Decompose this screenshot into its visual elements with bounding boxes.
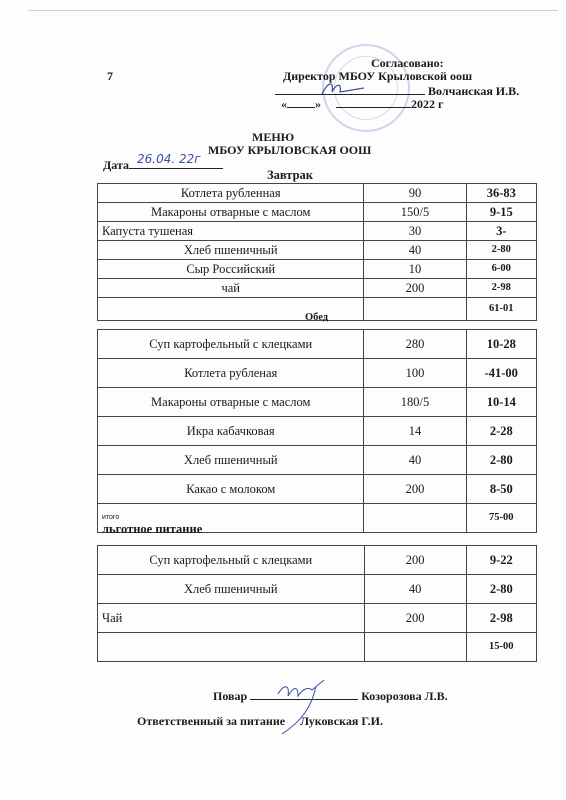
dish-name: Макароны отварные с маслом [98, 203, 364, 222]
portion: 14 [364, 417, 466, 446]
table-row: Какао с молоком2008-50 [98, 475, 537, 504]
table-row: Суп картофельный с клецками28010-28 [98, 330, 537, 359]
school-name: МБОУ КРЫЛОВСКАЯ ООШ [208, 143, 371, 158]
date-close-quote: » [315, 97, 321, 111]
dish-name: Суп картофельный с клецками [98, 546, 365, 575]
price: -41-00 [466, 359, 536, 388]
table-row: Макароны отварные с маслом180/510-14 [98, 388, 537, 417]
dish-name: чай [98, 279, 364, 298]
portion: 10 [364, 260, 466, 279]
approval-date-line: «» 2022 г [281, 96, 443, 112]
table-row: Суп картофельный с клецками2009-22 [98, 546, 537, 575]
table-row: Чай2002-98 [98, 604, 537, 633]
price: 2-98 [466, 279, 536, 298]
dish-name: Хлеб пшеничный [98, 575, 365, 604]
price: 2-80 [466, 575, 536, 604]
section-title-lunch: Обед [305, 312, 328, 323]
dish-name: Чай [98, 604, 365, 633]
price: 6-00 [466, 260, 536, 279]
total-price: 75-00 [466, 504, 536, 533]
price: 2-80 [466, 241, 536, 260]
total-price: 61-01 [466, 298, 536, 321]
discount-table: Суп картофельный с клецками2009-22 Хлеб … [97, 545, 537, 662]
portion: 180/5 [364, 388, 466, 417]
dish-name: Хлеб пшеничный [98, 241, 364, 260]
date-value: 26.04. 22г [137, 152, 201, 166]
price: 9-22 [466, 546, 536, 575]
dish-name: Котлета рубленная [98, 184, 364, 203]
dish-name: Сыр Российский [98, 260, 364, 279]
portion: 200 [364, 279, 466, 298]
date-label: Дата [103, 158, 129, 172]
portion: 200 [364, 604, 466, 633]
price: 2-80 [466, 446, 536, 475]
table-row: Хлеб пшеничный402-80 [98, 446, 537, 475]
portion: 90 [364, 184, 466, 203]
cook-signature-icon [272, 676, 332, 736]
breakfast-table: Котлета рубленная9036-83 Макароны отварн… [97, 183, 537, 321]
table-row: Котлета рубленая100-41-00 [98, 359, 537, 388]
portion: 150/5 [364, 203, 466, 222]
table-row: Хлеб пшеничный402-80 [98, 575, 537, 604]
cook-label: Повар [213, 689, 247, 703]
table-row: Икра кабачковая142-28 [98, 417, 537, 446]
portion: 100 [364, 359, 466, 388]
responsible-label: Ответственный за питание [137, 714, 285, 728]
portion [364, 504, 466, 533]
responsible-line: Ответственный за питание Луковская Г.И. [137, 714, 383, 729]
dish-name: Суп картофельный с клецками [98, 330, 364, 359]
dish-name: Капуста тушеная [98, 222, 364, 241]
portion [364, 633, 466, 662]
table-row: Котлета рубленная9036-83 [98, 184, 537, 203]
dish-name: Икра кабачковая [98, 417, 364, 446]
total-price: 15-00 [466, 633, 536, 662]
cook-name: Козорозова Л.В. [361, 689, 447, 703]
approval-year: 2022 г [411, 97, 443, 111]
section-title-discount: льготное питание [102, 522, 202, 537]
dish-name: Котлета рубленая [98, 359, 364, 388]
price: 10-28 [466, 330, 536, 359]
table-row: Сыр Российский106-00 [98, 260, 537, 279]
portion: 40 [364, 241, 466, 260]
portion: 30 [364, 222, 466, 241]
table-row: Капуста тушеная303- [98, 222, 537, 241]
price: 3- [466, 222, 536, 241]
portion: 200 [364, 475, 466, 504]
price: 2-98 [466, 604, 536, 633]
table-row-total: 15-00 [98, 633, 537, 662]
portion [364, 298, 466, 321]
page-number: 7 [107, 69, 113, 84]
section-title-breakfast: Завтрак [267, 168, 313, 183]
portion: 40 [364, 575, 466, 604]
table-row: чай2002-98 [98, 279, 537, 298]
scan-edge-line [28, 10, 558, 11]
price: 10-14 [466, 388, 536, 417]
price: 2-28 [466, 417, 536, 446]
price: 8-50 [466, 475, 536, 504]
portion: 40 [364, 446, 466, 475]
table-row: Макароны отварные с маслом150/59-15 [98, 203, 537, 222]
table-row: Хлеб пшеничный402-80 [98, 241, 537, 260]
price: 36-83 [466, 184, 536, 203]
portion: 200 [364, 546, 466, 575]
portion: 280 [364, 330, 466, 359]
dish-name [98, 633, 365, 662]
director-signature-icon [318, 78, 368, 98]
dish-name: Макароны отварные с маслом [98, 388, 364, 417]
dish-name: Какао с молоком [98, 475, 364, 504]
dish-name: Хлеб пшеничный [98, 446, 364, 475]
price: 9-15 [466, 203, 536, 222]
date-field: Дата26.04. 22г [103, 155, 223, 173]
lunch-table: Суп картофельный с клецками28010-28 Котл… [97, 329, 537, 533]
